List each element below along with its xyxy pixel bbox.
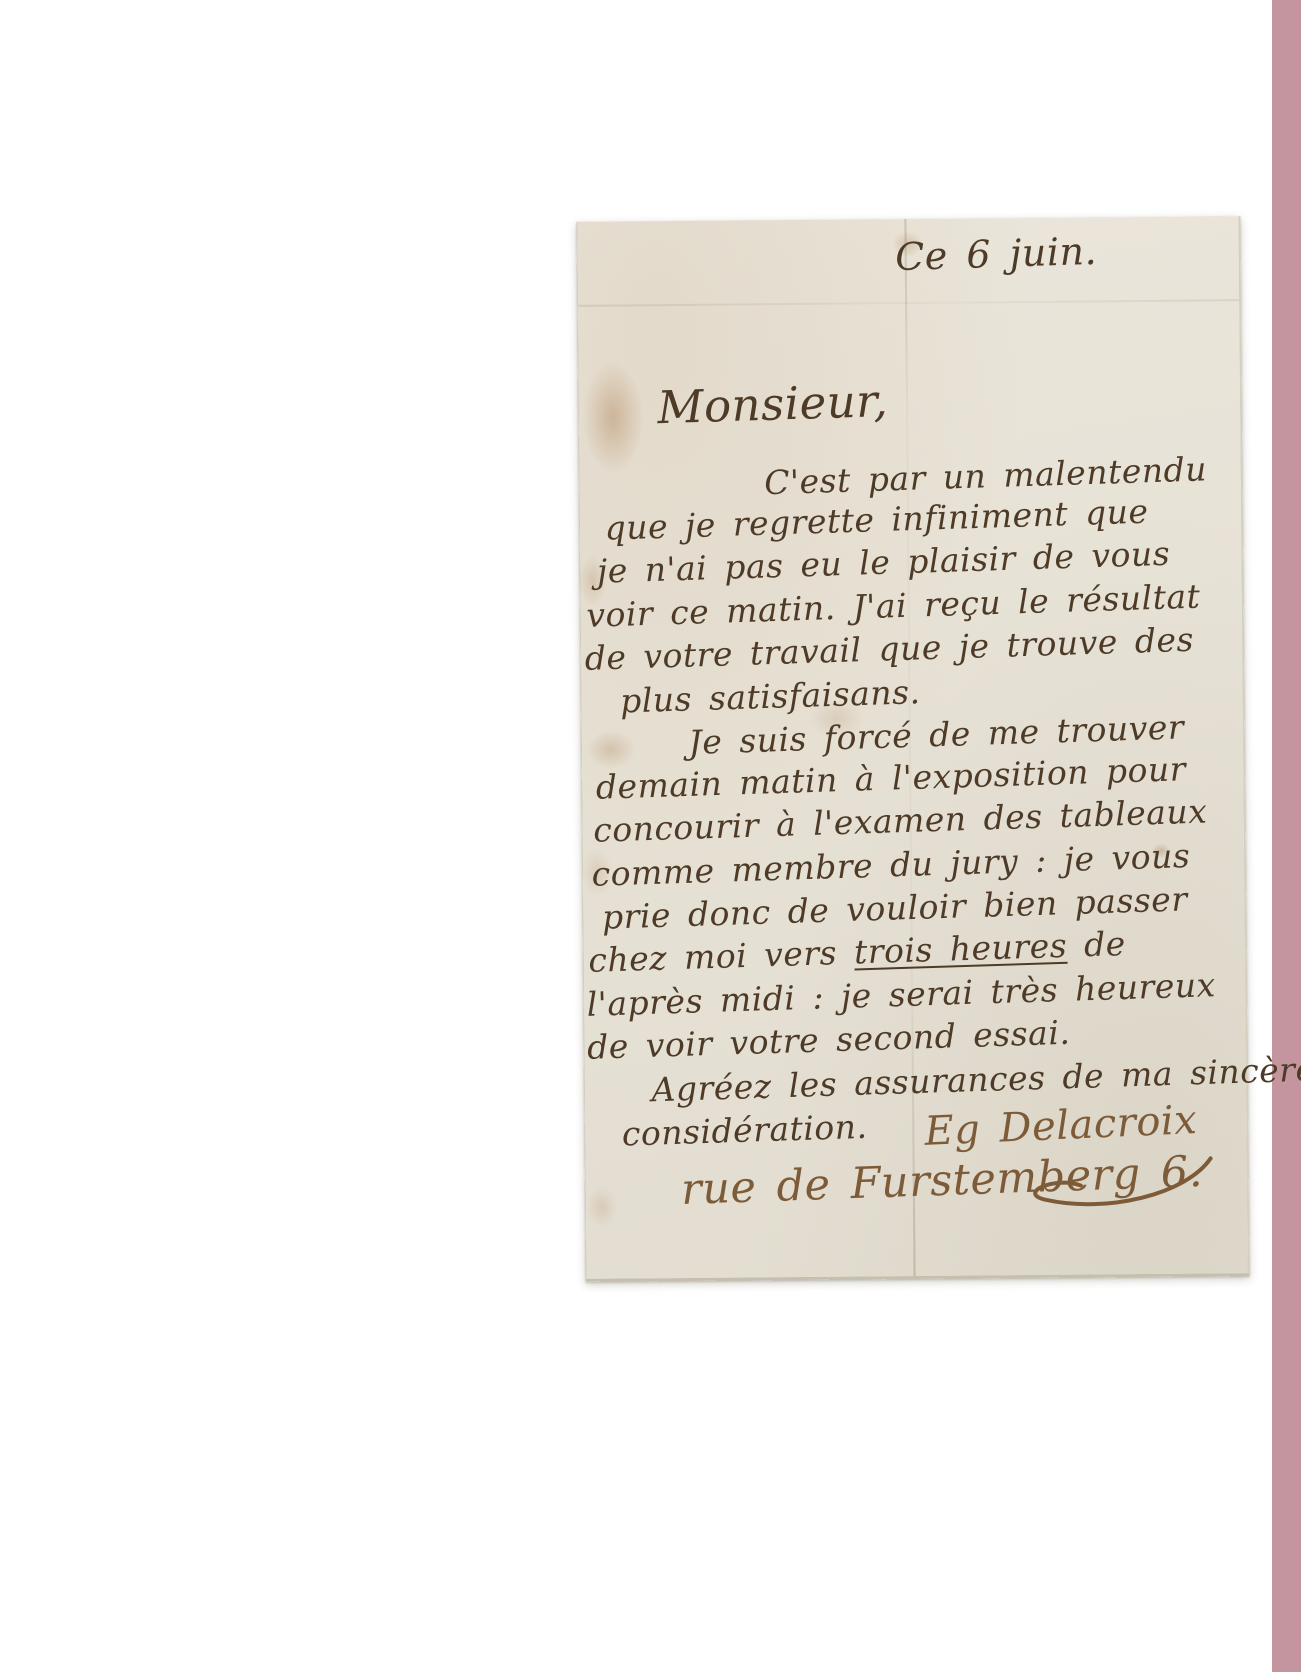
letter-line: plus satisfaisans. bbox=[620, 672, 922, 720]
underlined-phrase: trois heures bbox=[853, 926, 1067, 972]
page-background: Ce 6 juin. Monsieur, C'est par un malent… bbox=[0, 0, 1301, 1672]
signature: Eg Delacroix bbox=[924, 1097, 1199, 1155]
letter-date: Ce 6 juin. bbox=[895, 229, 1098, 279]
paper-stain bbox=[580, 1177, 625, 1237]
right-accent-bar bbox=[1272, 0, 1301, 1672]
horizontal-fold-crease bbox=[578, 299, 1239, 307]
address-line: rue de Furstemberg 6. bbox=[680, 1147, 1203, 1215]
letter-line-segment: chez moi vers bbox=[588, 933, 855, 980]
letter-salutation: Monsieur, bbox=[657, 374, 889, 434]
paper-stain bbox=[570, 339, 655, 496]
letter-line-segment: de bbox=[1066, 924, 1126, 965]
letter-closing-line: considération. bbox=[621, 1107, 868, 1154]
letter-photograph: Ce 6 juin. Monsieur, C'est par un malent… bbox=[576, 216, 1249, 1282]
